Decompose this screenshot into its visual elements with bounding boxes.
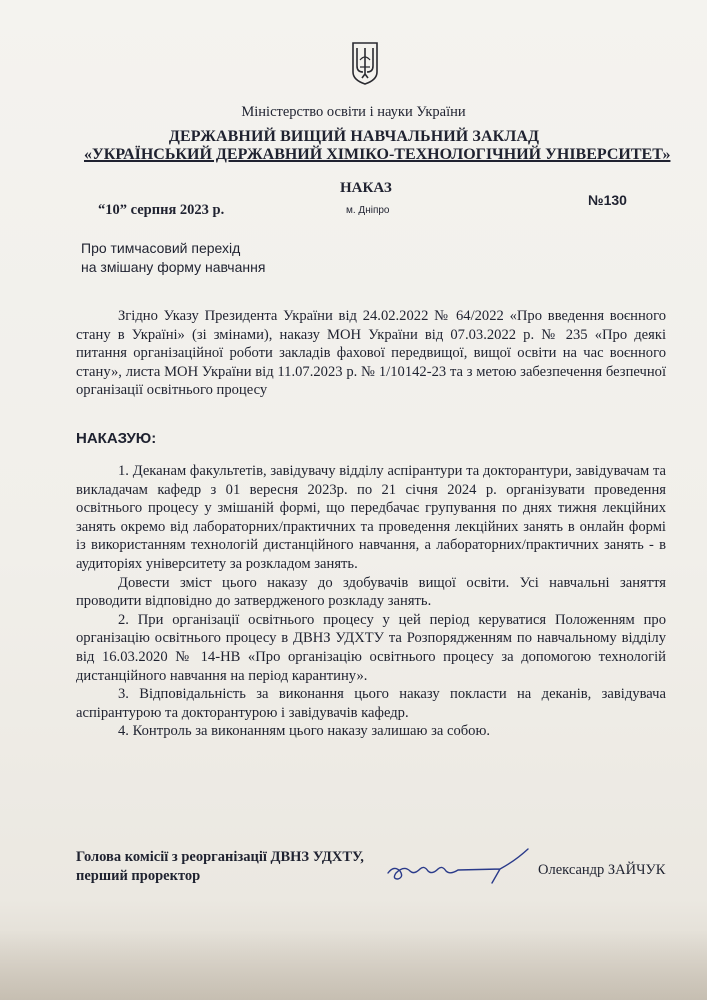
order-subject: Про тимчасовий перехід на змішану форму … [81,239,265,277]
institution-line-1: ДЕРЖАВНИЙ ВИЩИЙ НАВЧАЛЬНИЙ ЗАКЛАД [0,128,707,146]
order-item-4: 4. Контроль за виконанням цього наказу з… [76,722,666,741]
order-city: м. Дніпро [346,205,390,216]
position-line-1: Голова комісії з реорганізації ДВНЗ УДХТ… [76,848,364,867]
order-item-1: 1. Деканам факультетів, завідувачу відді… [76,462,666,574]
handwritten-signature-icon [380,843,540,891]
subject-line-2: на змішану форму навчання [81,258,265,277]
institution-line-2: «УКРАЇНСЬКИЙ ДЕРЖАВНИЙ ХІМІКО-ТЕХНОЛОГІЧ… [84,146,670,164]
signatory-position: Голова комісії з реорганізації ДВНЗ УДХТ… [76,848,364,886]
order-item-3: 3. Відповідальність за виконання цього н… [76,685,666,722]
ministry-name: Міністерство освіти і науки України [0,104,707,121]
trident-emblem-icon [349,40,381,86]
paper-shadow [0,930,707,1000]
order-date: “10” серпня 2023 р. [98,202,224,219]
document-page: Міністерство освіти і науки України ДЕРЖ… [0,0,707,1000]
subject-line-1: Про тимчасовий перехід [81,239,265,258]
order-heading: НАКАЗУЮ: [76,430,156,447]
intro-paragraph: Згідно Указу Президента України від 24.0… [76,307,666,400]
order-item-2: 2. При організації освітнього процесу у … [76,611,666,685]
signatory-name: Олександр ЗАЙЧУК [538,862,665,879]
order-items: 1. Деканам факультетів, завідувачу відді… [76,462,666,741]
order-number: №130 [588,192,627,208]
order-item-1-note: Довести зміст цього наказу до здобувачів… [76,574,666,611]
position-line-2: перший проректор [76,867,364,886]
order-title: НАКАЗ [340,180,392,197]
